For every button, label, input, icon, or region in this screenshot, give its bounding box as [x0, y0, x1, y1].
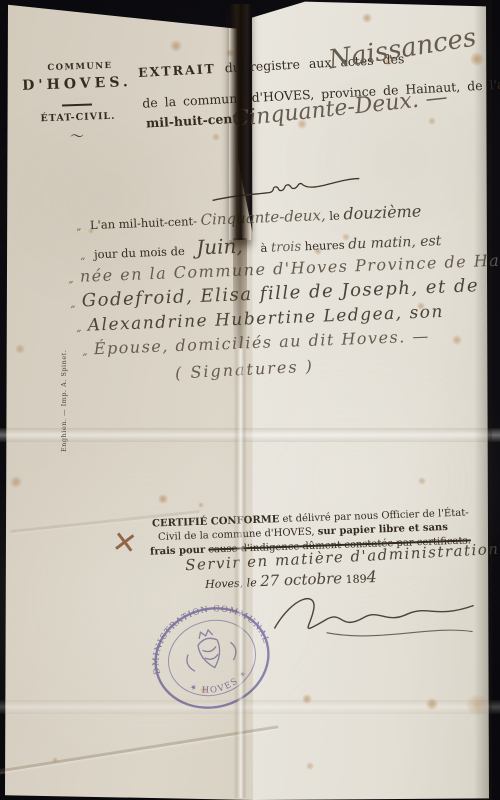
printer-credit: Enghien. — Imp. A. Spinet. — [60, 350, 68, 452]
act-line2-hand-hour: trois — [271, 239, 302, 255]
quote-mark: „ — [76, 323, 83, 334]
document-photo: COMMUNE D'HOVES. ÉTAT-CIVIL. 〜 EXTRAIT d… — [0, 0, 500, 800]
margin-x-mark: ✕ — [110, 524, 140, 562]
quote-mark: „ — [68, 274, 75, 285]
certification-year-hand: 4 — [366, 567, 377, 586]
stamp-coat-of-arms — [180, 624, 239, 674]
act-line1-printed2: le — [329, 209, 340, 223]
act-line2-printed: jour du mois de — [94, 244, 185, 261]
act-line2-hand-rest: du matin, est — [348, 233, 442, 253]
masthead-flourish: 〜 — [62, 125, 93, 146]
quote-mark: „ — [76, 221, 82, 232]
quote-mark: „ — [82, 346, 89, 357]
act-line2-printed3: heures — [305, 238, 345, 254]
act-line1-printed: L'an mil-huit-cent- — [90, 214, 197, 232]
quote-mark: „ — [80, 251, 86, 262]
officer-signature — [267, 581, 481, 650]
act-line2-printed2: à — [260, 241, 267, 255]
certification-year-printed: 189 — [345, 572, 366, 586]
quote-mark: „ — [70, 299, 77, 310]
act-line2-hand-month: Juin, — [188, 233, 257, 260]
act-line1-hand2: douzième — [343, 201, 422, 223]
